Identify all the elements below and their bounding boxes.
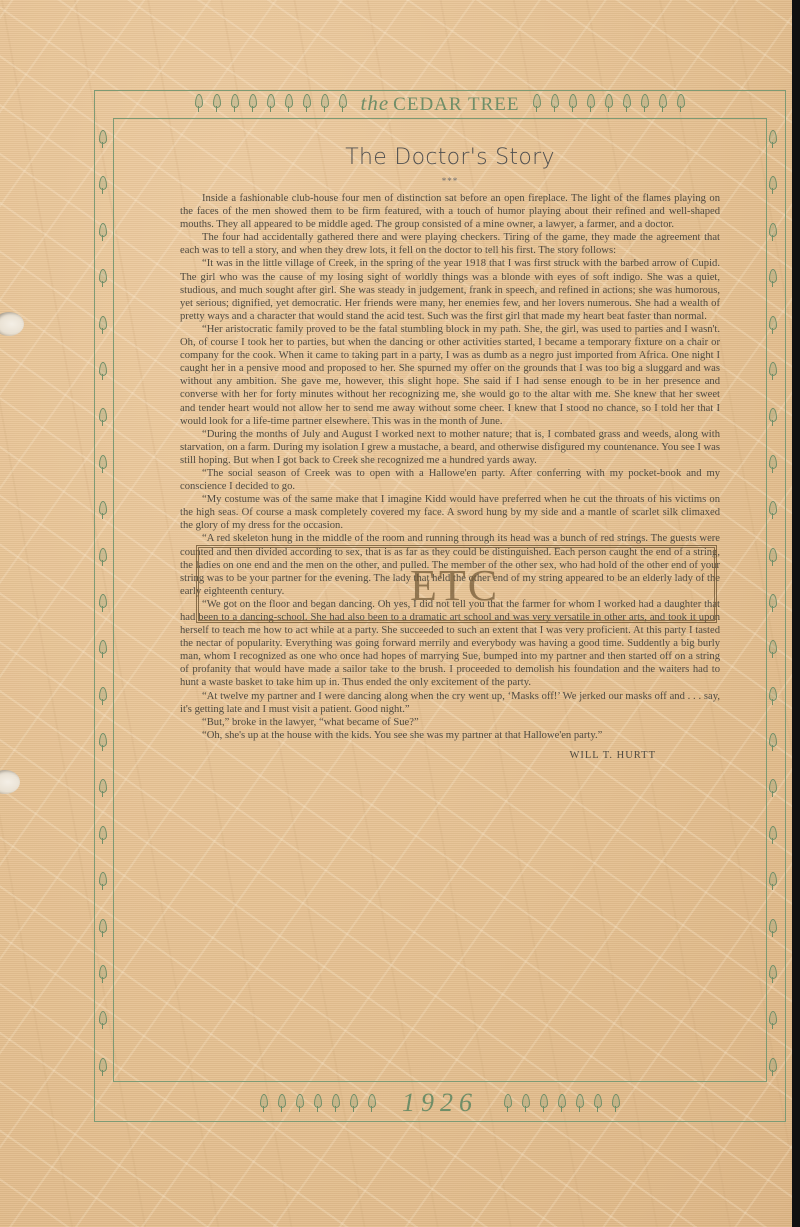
article: The Doctor's Story *** Inside a fashiona… [180,145,720,761]
leaf-icon [99,501,107,523]
paragraph: “Oh, she's up at the house with the kids… [180,729,720,742]
title-ornament: *** [180,176,720,186]
article-body: Inside a fashionable club-house four men… [180,192,720,742]
leaf-icon [99,176,107,198]
leaf-ornament-row-right [533,94,685,112]
leaf-icon [769,455,777,477]
leaf-ornament-row-left [260,1094,376,1112]
leaf-icon [576,1094,584,1112]
leaf-icon [533,94,541,112]
paragraph: “During the months of July and August I … [180,428,720,467]
leaf-icon [368,1094,376,1112]
masthead-the: the [361,91,390,115]
leaf-icon [314,1094,322,1112]
leaf-icon [677,94,685,112]
leaf-icon [769,176,777,198]
paragraph: “It was in the little village of Creek, … [180,257,720,322]
paragraph: “My costume was of the same make that I … [180,493,720,532]
leaf-icon [769,548,777,570]
leaf-icon [540,1094,548,1112]
paragraph: “But,” broke in the lawyer, “what became… [180,716,720,729]
overprint-stamp-text: ETC [410,560,499,611]
leaf-icon [99,687,107,709]
leaf-icon [99,826,107,848]
footer-band: 1926 [100,1088,780,1118]
leaf-icon [769,640,777,662]
paragraph: “Her aristocratic family proved to be th… [180,323,720,428]
leaf-icon [769,223,777,245]
paragraph: “The social season of Creek was to open … [180,467,720,493]
leaf-icon [769,594,777,616]
leaf-icon [285,94,293,112]
leaf-icon [769,687,777,709]
leaf-icon [623,94,631,112]
leaf-icon [231,94,239,112]
leaf-ornament-column-left [96,130,110,1080]
leaf-icon [569,94,577,112]
leaf-icon [99,1058,107,1080]
leaf-icon [641,94,649,112]
leaf-icon [504,1094,512,1112]
leaf-icon [267,94,275,112]
leaf-icon [99,362,107,384]
author-signature: WILL T. HURTT [180,750,656,761]
leaf-icon [249,94,257,112]
masthead-name: CEDAR TREE [393,94,519,115]
leaf-icon [99,130,107,152]
publication-masthead: theCEDAR TREE [361,91,520,116]
leaf-icon [659,94,667,112]
leaf-icon [213,94,221,112]
leaf-icon [769,130,777,152]
leaf-icon [99,779,107,801]
leaf-icon [769,733,777,755]
leaf-icon [195,94,203,112]
leaf-icon [769,872,777,894]
leaf-icon [99,640,107,662]
leaf-icon [769,919,777,941]
leaf-icon [769,408,777,430]
leaf-icon [99,594,107,616]
leaf-icon [278,1094,286,1112]
leaf-icon [769,779,777,801]
leaf-icon [99,408,107,430]
leaf-icon [587,94,595,112]
leaf-icon [339,94,347,112]
binder-hole [0,770,20,794]
leaf-icon [551,94,559,112]
masthead-band: theCEDAR TREE [100,88,780,118]
leaf-icon [99,733,107,755]
leaf-icon [99,548,107,570]
publication-year: 1926 [402,1088,478,1118]
binder-hole [0,312,24,336]
leaf-icon [522,1094,530,1112]
leaf-icon [99,269,107,291]
leaf-icon [99,872,107,894]
leaf-icon [769,269,777,291]
leaf-icon [594,1094,602,1112]
leaf-icon [612,1094,620,1112]
leaf-ornament-column-right [766,130,780,1080]
leaf-icon [350,1094,358,1112]
paragraph: The four had accidentally gathered there… [180,231,720,257]
leaf-icon [99,455,107,477]
scan-edge [792,0,800,1227]
leaf-icon [769,965,777,987]
leaf-icon [769,1058,777,1080]
leaf-icon [99,919,107,941]
leaf-icon [99,1011,107,1033]
paragraph: Inside a fashionable club-house four men… [180,192,720,231]
leaf-icon [769,826,777,848]
paragraph: “At twelve my partner and I were dancing… [180,690,720,716]
leaf-icon [99,223,107,245]
leaf-icon [769,316,777,338]
leaf-icon [558,1094,566,1112]
leaf-ornament-row-left [195,94,347,112]
leaf-icon [769,1011,777,1033]
leaf-icon [769,501,777,523]
leaf-icon [99,965,107,987]
leaf-icon [332,1094,340,1112]
leaf-icon [321,94,329,112]
leaf-icon [296,1094,304,1112]
leaf-icon [769,362,777,384]
leaf-icon [303,94,311,112]
leaf-ornament-row-right [504,1094,620,1112]
leaf-icon [260,1094,268,1112]
article-title: The Doctor's Story [180,145,720,170]
leaf-icon [605,94,613,112]
leaf-icon [99,316,107,338]
